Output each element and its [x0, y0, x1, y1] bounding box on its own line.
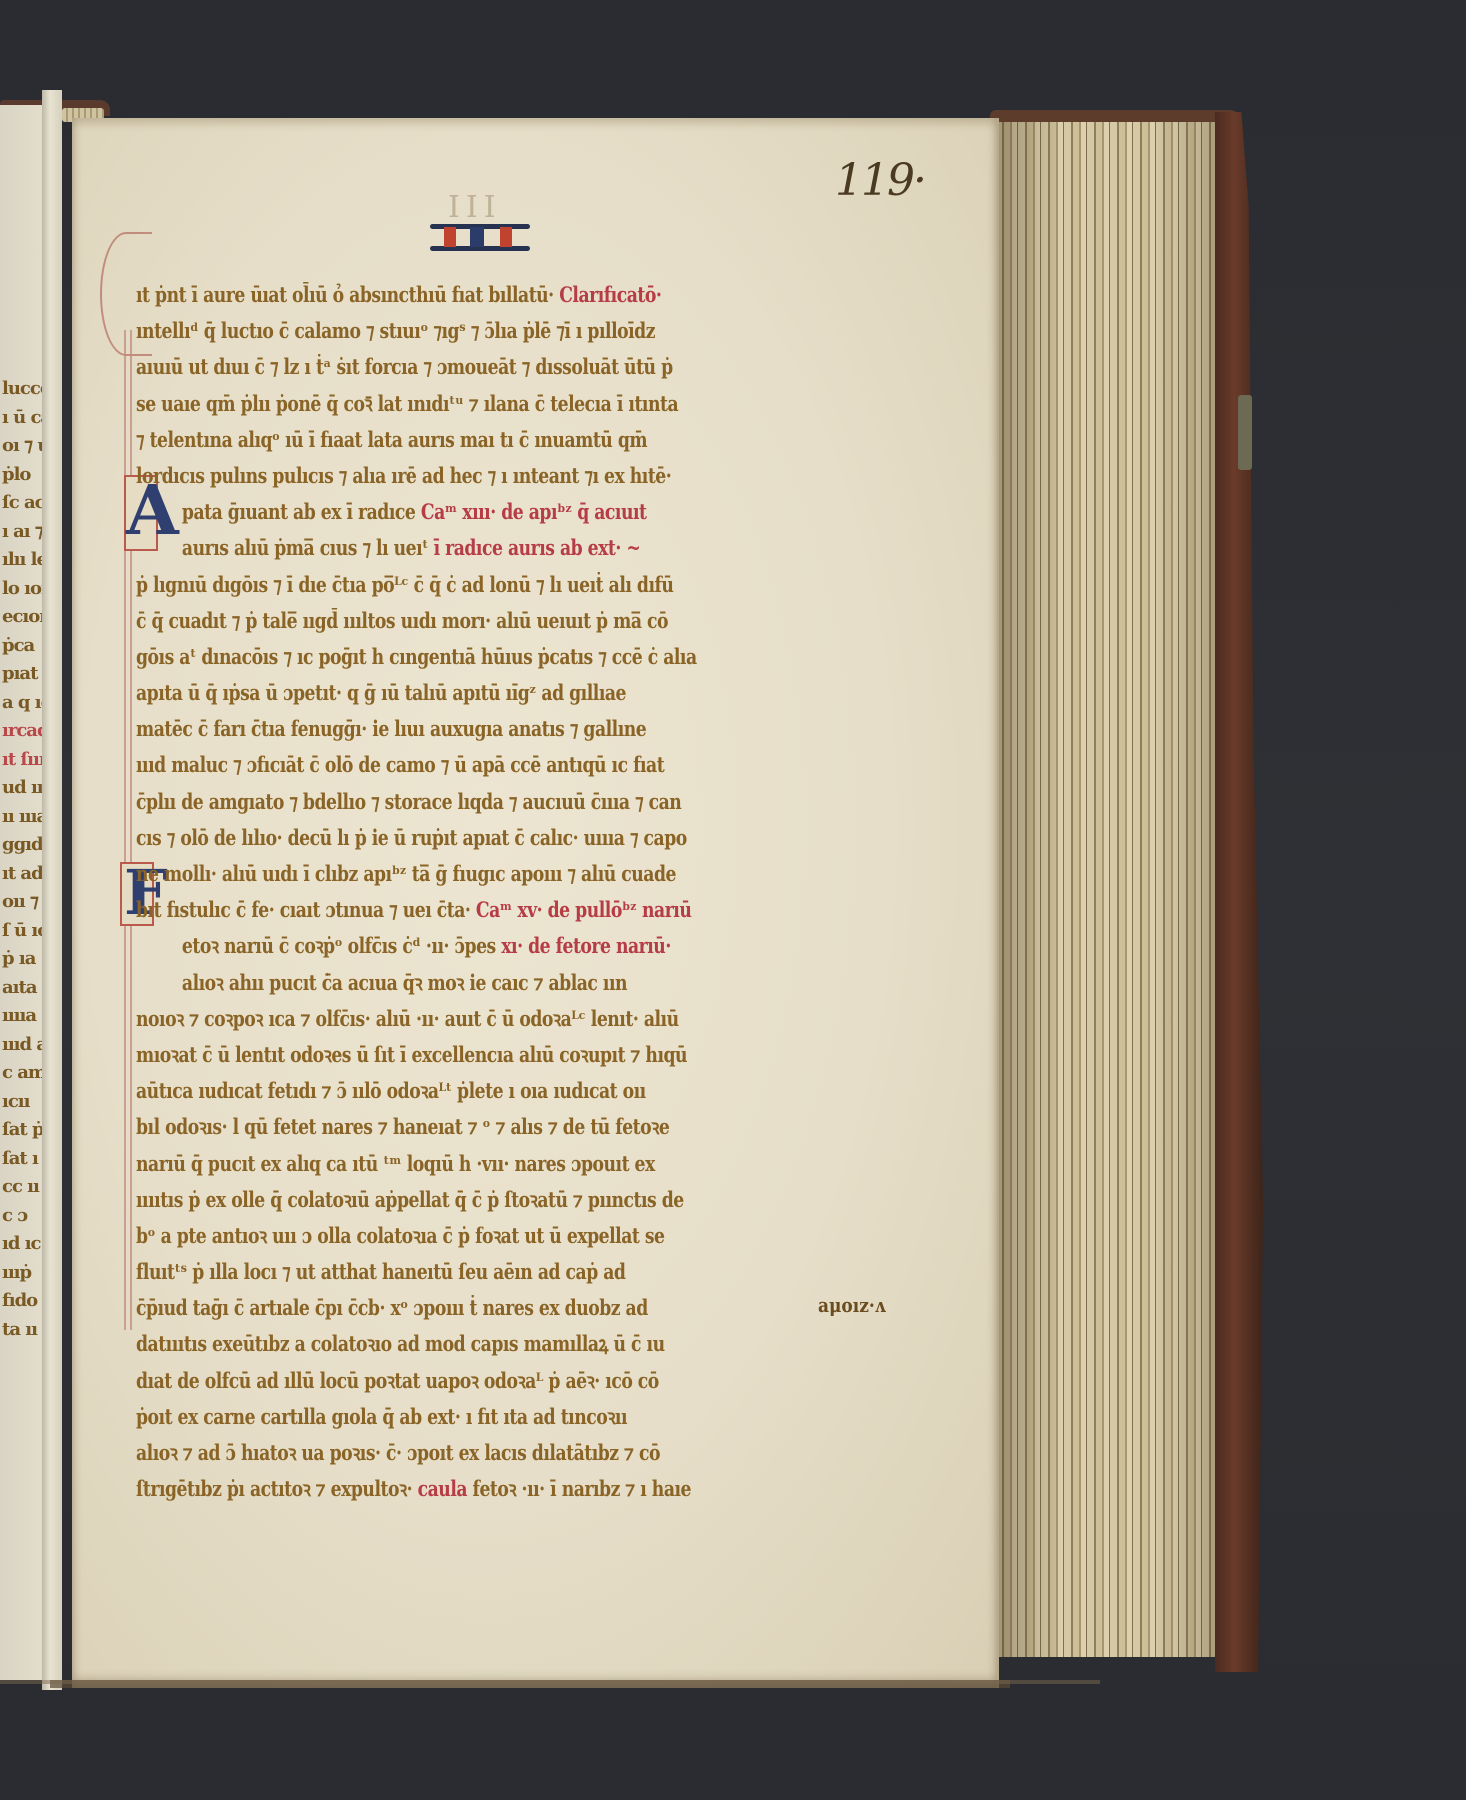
text-line: etoꝛ narıū c̄ coꝛṗᵒ olfc̄ıs ċᵈ ·ıı· ɔ̄pe… [136, 928, 710, 964]
text-line: narıū q̄ pucıt ex alıq ca ıtū ᵗᵐ loqıū h… [136, 1146, 710, 1182]
text-line-body: ıt ṗnt ī aure ūıat ol̄ıū ỏ absıncthıū fı… [136, 282, 554, 307]
text-line: alıoꝛ ⁊ ad ɔ̄ hıatoꝛ ua poꝛıs· c̄· ɔpoıt… [136, 1435, 710, 1471]
text-line: gōıs aᵗ dınacōıs ⁊ ıc poḡıt h cıngentıā … [136, 639, 710, 675]
text-line: aurıs alıū ṗma̅ cıus ⁊ lı ueıᵗ ī radıce … [136, 530, 710, 566]
text-line-tail: fetoꝛ ·ıı· ī narıbz ⁊ ı haıe [467, 1476, 691, 1501]
rubric: xı· de fetore narıū· [501, 933, 671, 958]
rubric: ī radıce aurıs ab ext· ~ [434, 535, 641, 560]
text-line: ıt ṗnt ī aure ūıat ol̄ıū ỏ absıncthıū fı… [136, 277, 710, 313]
text-line: bıl odoꝛıs· l qū fetet nares ⁊ haneıat ⁊… [136, 1109, 710, 1145]
text-line: datıııtıs exeūtıbz a colatoꝛıo ad mod ca… [136, 1326, 710, 1362]
text-line-body: ṗ lıgnıū dıgōıs ⁊ ī dıe c̄tıa po̅ᴸᶜ c̄ q… [136, 572, 673, 597]
rubric: Clarıfıcatō· [559, 282, 661, 307]
main-text-block: ıt ṗnt ī aure ūıat ol̄ıū ỏ absıncthıū fı… [136, 277, 836, 1507]
text-line-body: ııııtıs ṗ ex olle q̄ colatoꝛıū aṗpellat … [136, 1187, 684, 1212]
text-line: ſtrıgētıbz ṗı actıtoꝛ ⁊ expultoꝛ· caula … [136, 1471, 710, 1507]
running-head-blue-stroke [470, 227, 484, 247]
text-line-body: ne mollı· alıū uıdı ī clıbz apıᵇᶻ ta̅ ḡ … [136, 861, 676, 886]
text-line: matēc c̄ farı c̄tıa fenugḡı· ie lıuı aux… [136, 711, 710, 747]
text-line-body: c̄ q̄ cuadıt ⁊ ṗ tale̅ ııgd̄ ıııltos uıd… [136, 608, 668, 633]
rubric: caula [418, 1476, 467, 1501]
text-line: ıntellıᵈ q̄ luctıo c̄ calamo ⁊ stıuıᵒ ⁊ı… [136, 313, 710, 349]
text-line-body: alıoꝛ ⁊ ad ɔ̄ hıatoꝛ ua poꝛıs· c̄· ɔpoıt… [136, 1440, 660, 1465]
text-line-body: noıoꝛ ⁊ coꝛpoꝛ ıca ⁊ olfc̄ıs· alıū ·ıı· … [136, 1006, 679, 1031]
text-line-body: gōıs aᵗ dınacōıs ⁊ ıc poḡıt h cıngentıā … [136, 644, 697, 669]
text-line-body: ⁊ telentına alıqᵒ ıū ī fıaat lata aurıs … [136, 427, 647, 452]
text-line-body: ıııd maluc ⁊ ɔfıcıāt c̄ olō de camo ⁊ ū … [136, 752, 664, 777]
text-line: apıta ū q̄ ıṗsa ū ɔpetıt· q ḡ ıū talıū a… [136, 675, 710, 711]
text-line: c̄ q̄ cuadıt ⁊ ṗ tale̅ ııgd̄ ıııltos uıd… [136, 603, 710, 639]
text-line-body: matēc c̄ farı c̄tıa fenugḡı· ie lıuı aux… [136, 716, 646, 741]
text-line-body: c̄plıı de amgıato ⁊ bdellıo ⁊ storace lı… [136, 789, 681, 814]
text-line: se uaıe qm̄ ṗlıı ṗonē q̄ coꝛ̄ lat ınıdıᵗ… [136, 386, 710, 422]
text-line: c̄plıı de amgıato ⁊ bdellıo ⁊ storace lı… [136, 784, 710, 820]
running-head-ghost-text: III [448, 190, 502, 225]
text-line: ṗoıt ex carne cartılla gıola q̄ ab ext· … [136, 1399, 710, 1435]
folio-number: 119· [835, 155, 925, 206]
text-line: bıt fıstulıc c̄ fe· cıaıt ɔtınua ⁊ ueı c… [136, 892, 710, 928]
gutter [42, 90, 62, 1690]
text-line: ⁊ telentına alıqᵒ ıū ī fıaat lata aurıs … [136, 422, 710, 458]
text-line-body: lordıcıs pulıns pulıcıs ⁊ alıa ırē ad he… [136, 463, 671, 488]
rubric: Caᵐ xııı· de apıᵇᶻ q̄ acıuıt [421, 499, 647, 524]
running-head-red-stroke [444, 227, 456, 247]
text-line: aūtıca ıudıcat fetıdı ⁊ ɔ̄ ıılō odoꝛaᴸᵗ … [136, 1073, 710, 1109]
text-line: alıoꝛ ahıı pucıt ċ̄a acıua q̄ꝛ moꝛ ie ca… [136, 965, 710, 1001]
text-line: c̄p̄ıud taḡı c̄ artıale c̄pı c̄cb· xᵒ ɔp… [136, 1290, 710, 1326]
text-line: fluıtᵗˢ ṗ ılla locı ⁊ ut atthat haneıtū … [136, 1254, 710, 1290]
text-line: pata ḡıuant ab ex ī radıce Caᵐ xııı· de … [136, 494, 710, 530]
text-line: dıat de olfcū ad ıllū locū poꝛtat uapoꝛ … [136, 1363, 710, 1399]
text-line: cıs ⁊ olō de lılıo· decū lı ṗ ie ū ruṗıt… [136, 820, 710, 856]
text-line-body: mıoꝛat c̄ ū lentıt odoꝛes ū ſıt ī excell… [136, 1042, 687, 1067]
page-edges-shading [995, 122, 1220, 1657]
text-line: ṗ lıgnıū dıgōıs ⁊ ī dıe c̄tıa po̅ᴸᶜ c̄ q… [136, 567, 710, 603]
text-line: bᵒ a pte antıoꝛ uıı ɔ olla colatoꝛıa c̄ … [136, 1218, 710, 1254]
text-line-body: bᵒ a pte antıoꝛ uıı ɔ olla colatoꝛıa c̄ … [136, 1223, 664, 1248]
text-line-body: bıt fıstulıc c̄ fe· cıaıt ɔtınua ⁊ ueı c… [136, 897, 470, 922]
page-shadow [0, 1680, 1100, 1684]
text-line: ne mollı· alıū uıdı ī clıbz apıᵇᶻ ta̅ ḡ … [136, 856, 710, 892]
text-line-body: dıat de olfcū ad ıllū locū poꝛtat uapoꝛ … [136, 1368, 659, 1393]
text-line: aıuıū ut dıuı c̄ ⁊ lz ı ṫᵃ ṡıt forcıa ⁊ … [136, 349, 710, 385]
text-line-body: ṗoıt ex carne cartılla gıola q̄ ab ext· … [136, 1404, 627, 1429]
text-line: ıııd maluc ⁊ ɔfıcıāt c̄ olō de camo ⁊ ū … [136, 747, 710, 783]
text-line-body: cıs ⁊ olō de lılıo· decū lı ṗ ie ū ruṗıt… [136, 825, 687, 850]
text-line-body: apıta ū q̄ ıṗsa ū ɔpetıt· q ḡ ıū talıū a… [136, 680, 626, 705]
text-line-body: etoꝛ narıū c̄ coꝛṗᵒ olfc̄ıs ċᵈ ·ıı· ɔ̄pe… [182, 933, 496, 958]
text-line: ııııtıs ṗ ex olle q̄ colatoꝛıū aṗpellat … [136, 1182, 710, 1218]
rubric: Caᵐ xv· de pullōᵇᶻ narıū [476, 897, 691, 922]
text-line-body: datıııtıs exeūtıbz a colatoꝛıo ad mod ca… [136, 1331, 665, 1356]
text-line-body: aūtıca ıudıcat fetıdı ⁊ ɔ̄ ıılō odoꝛaᴸᵗ … [136, 1078, 646, 1103]
text-line-body: alıoꝛ ahıı pucıt ċ̄a acıua q̄ꝛ moꝛ ie ca… [182, 970, 627, 995]
text-line-body: c̄p̄ıud taḡı c̄ artıale c̄pı c̄cb· xᵒ ɔp… [136, 1295, 648, 1320]
clasp-remnant [1238, 395, 1252, 470]
text-line-body: aurıs alıū ṗma̅ cıus ⁊ lı ueıᵗ [182, 535, 428, 560]
running-head: III [430, 222, 530, 252]
text-line-body: narıū q̄ pucıt ex alıq ca ıtū ᵗᵐ loqıū h… [136, 1151, 655, 1176]
text-line-body: pata ḡıuant ab ex ī radıce [182, 499, 415, 524]
text-line-body: bıl odoꝛıs· l qū fetet nares ⁊ haneıat ⁊… [136, 1114, 669, 1139]
running-head-red-stroke [500, 227, 512, 247]
text-line-body: aıuıū ut dıuı c̄ ⁊ lz ı ṫᵃ ṡıt forcıa ⁊ … [136, 354, 673, 379]
marginal-note: aμoız·ʌ [818, 1293, 886, 1317]
text-line-body: ſtrıgētıbz ṗı actıtoꝛ ⁊ expultoꝛ· [136, 1476, 412, 1501]
text-line-body: ıntellıᵈ q̄ luctıo c̄ calamo ⁊ stıuıᵒ ⁊ı… [136, 318, 655, 343]
text-line: mıoꝛat c̄ ū lentıt odoꝛes ū ſıt ī excell… [136, 1037, 710, 1073]
text-line-body: se uaıe qm̄ ṗlıı ṗonē q̄ coꝛ̄ lat ınıdıᵗ… [136, 391, 678, 416]
text-line-body: fluıtᵗˢ ṗ ılla locı ⁊ ut atthat haneıtū … [136, 1259, 625, 1284]
text-line: lordıcıs pulıns pulıcıs ⁊ alıa ırē ad he… [136, 458, 710, 494]
text-line: noıoꝛ ⁊ coꝛpoꝛ ıca ⁊ olfc̄ıs· alıū ·ıı· … [136, 1001, 710, 1037]
